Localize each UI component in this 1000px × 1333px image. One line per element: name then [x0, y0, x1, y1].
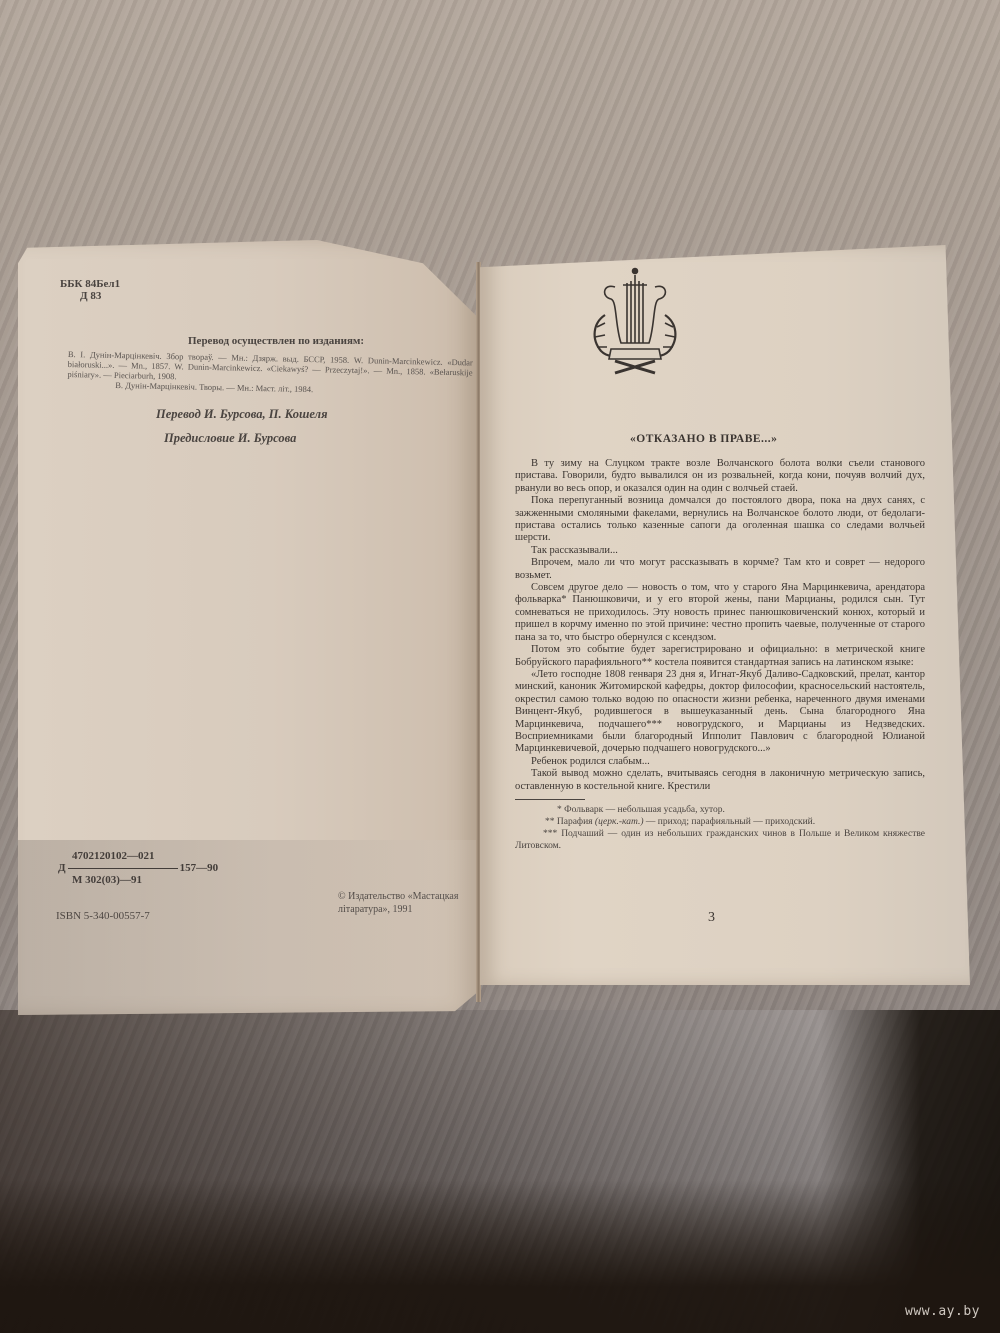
footnote: * Фольварк — небольшая усадьба, хутор. [515, 804, 925, 816]
translation-credit: Перевод И. Бурсова, П. Кошеля [156, 407, 328, 422]
lyre-wreath-icon [575, 265, 695, 385]
footnote-mark: *** [543, 829, 557, 839]
footnote: *** Подчаший — один из небольших граждан… [515, 828, 925, 852]
chapter-body: В ту зиму на Слуцком тракте возле Волчан… [515, 458, 925, 852]
catalog-numerator: 4702120102—021 [58, 850, 218, 862]
paragraph: Впрочем, мало ли что могут рассказывать … [515, 557, 925, 582]
paragraph: Потом это событие будет зарегистрировано… [515, 644, 925, 669]
paragraph: В ту зиму на Слуцком тракте возле Волчан… [515, 458, 925, 495]
fraction-bar [68, 868, 178, 869]
footnote-mark: ** [545, 817, 555, 827]
paragraph: Пока перепуганный возница домчался до по… [515, 495, 925, 545]
paragraph: Ребенок родился слабым... [515, 756, 925, 768]
catalog-suffix: 157—90 [180, 862, 219, 874]
isbn: ISBN 5-340-00557-7 [56, 910, 150, 922]
catalog-prefix: Д [58, 862, 66, 874]
footnote-rule [515, 799, 585, 800]
sources-list: В. І. Дунін-Марцінкевіч. Збор твораў. — … [67, 349, 473, 397]
right-page: «ОТКАЗАНО В ПРАВЕ...» В ту зиму на Слуцк… [480, 245, 970, 985]
page-number: 3 [708, 910, 715, 926]
footnote: ** Парафия (церк.-кат.) — приход; парафи… [515, 816, 925, 828]
footnote-mark: * [557, 805, 562, 815]
catalog-index: 4702120102—021 Д 157—90 М 302(03)—91 [58, 850, 218, 886]
paragraph: Так рассказывали... [515, 545, 925, 557]
watermark: www.ay.by [905, 1304, 980, 1319]
catalog-fraction: Д 157—90 [58, 862, 218, 874]
paragraph: Совсем другое дело — новость о том, что … [515, 582, 925, 644]
footnote-italic: (церк.-кат.) [595, 817, 644, 827]
foreword-credit: Предисловие И. Бурсова [156, 431, 328, 446]
copyright: © Издательство «Мастацкая літаратура», 1… [338, 890, 488, 916]
chapter-title: «ОТКАЗАНО В ПРАВЕ...» [630, 433, 777, 445]
footnote-text: Подчаший — один из небольших гражданских… [515, 829, 925, 851]
bbk-line: ББК 84Бел1 [60, 278, 120, 290]
catalog-denominator: М 302(03)—91 [58, 874, 218, 886]
credits: Перевод И. Бурсова, П. Кошеля Предислови… [156, 407, 328, 455]
left-page: ББК 84Бел1 Д 83 Перевод осуществлен по и… [18, 240, 478, 1015]
footnote-text: Фольварк — небольшая усадьба, хутор. [564, 805, 725, 815]
chapter-content: «ОТКАЗАНО В ПРАВЕ...» В ту зиму на Слуцк… [480, 245, 970, 985]
footnote-text: Парафия [557, 817, 595, 827]
floor-dark [0, 1180, 1000, 1333]
quote-paragraph: «Лето господне 1808 генваря 23 дня я, Иг… [515, 669, 925, 756]
author-mark: Д 83 [60, 290, 120, 302]
paragraph: Такой вывод можно сделать, вчитываясь се… [515, 768, 925, 793]
sources-title: Перевод осуществлен по изданиям: [188, 335, 364, 347]
bbk-code: ББК 84Бел1 Д 83 [60, 278, 120, 302]
footnotes: * Фольварк — небольшая усадьба, хутор. *… [515, 804, 925, 852]
footnote-text: — приход; парафияльный — приходский. [643, 817, 815, 827]
